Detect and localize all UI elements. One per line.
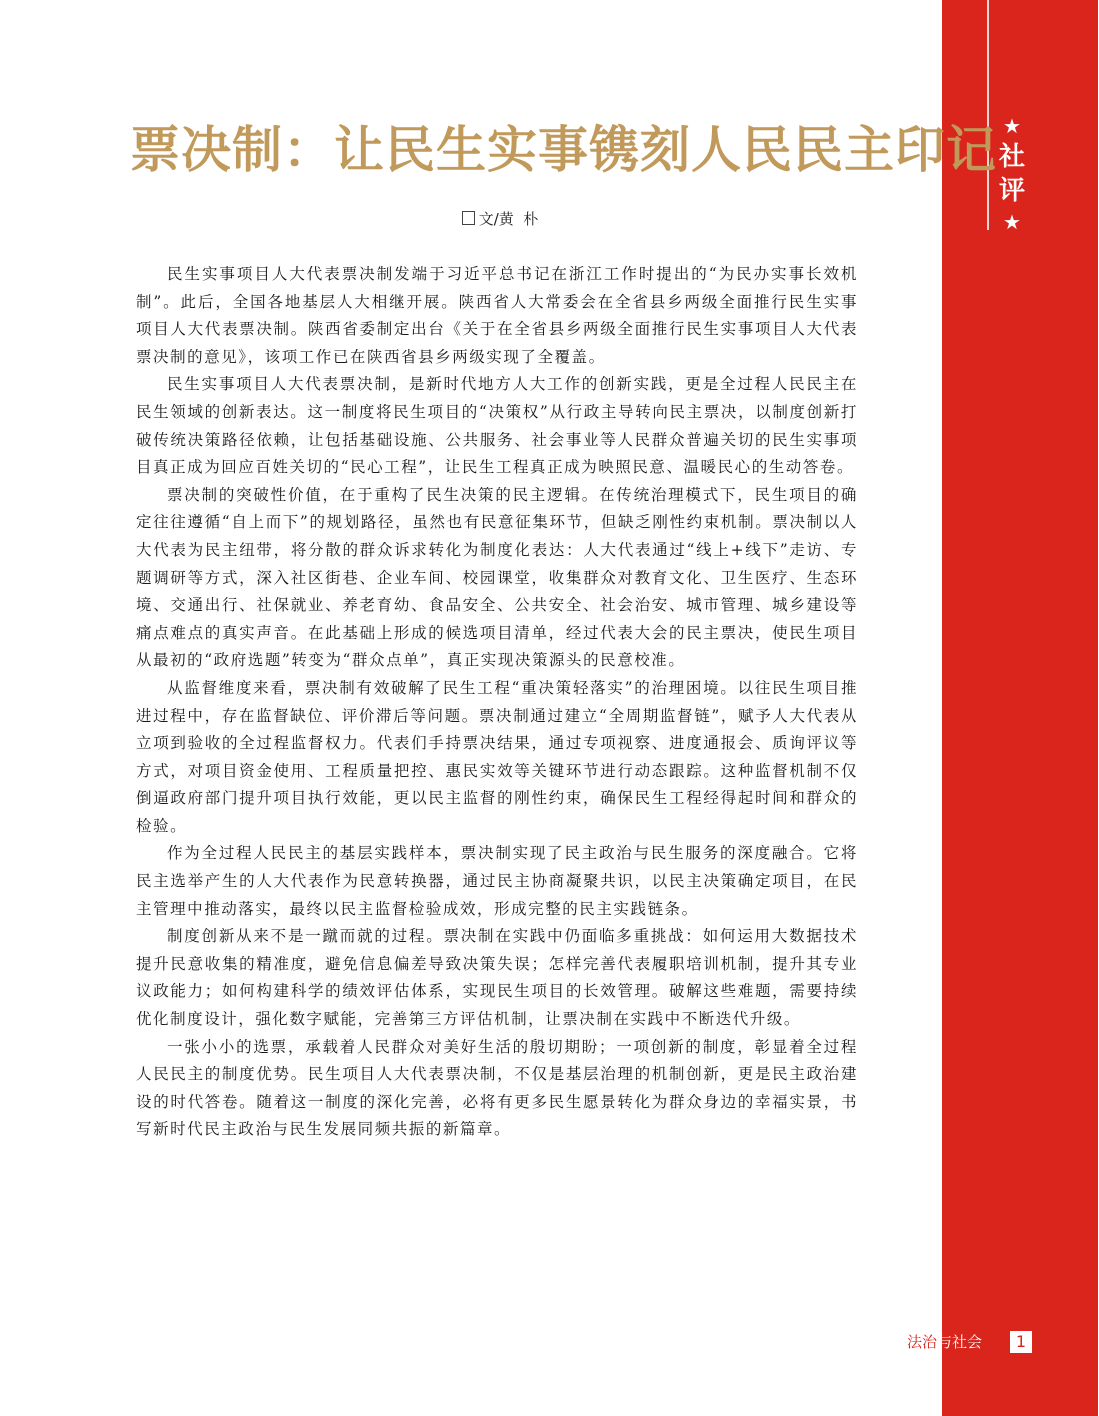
paragraph: 民生实事项目人大代表票决制发端于习近平总书记在浙江工作时提出的“为民办实事长效机… (136, 261, 858, 371)
byline: 文/黄 朴 (130, 209, 870, 229)
band-divider-line (987, 0, 989, 230)
author: 文/黄 朴 (479, 210, 539, 228)
publication-name-part: 法治 (907, 1333, 937, 1351)
paragraph: 民生实事项目人大代表票决制，是新时代地方人大工作的创新实践，更是全过程人民民主在… (136, 371, 858, 481)
article-title: 票决制：让民生实事镌刻人民民主印记 (130, 118, 870, 182)
section-label-char: 社 (992, 144, 1032, 170)
square-bullet-icon (462, 211, 475, 225)
section-band: ★ 社 评 ★ (942, 0, 1098, 1416)
publication-name-part: 与社会 (937, 1333, 982, 1351)
paragraph: 票决制的突破性价值，在于重构了民生决策的民主逻辑。在传统治理模式下，民生项目的确… (136, 482, 858, 675)
section-label-char: 评 (992, 178, 1032, 204)
page-number: 1 (1010, 1331, 1032, 1353)
publication-name: 法治与社会 (907, 1332, 982, 1352)
star-icon: ★ (992, 116, 1032, 136)
star-icon: ★ (992, 212, 1032, 232)
article-body: 民生实事项目人大代表票决制发端于习近平总书记在浙江工作时提出的“为民办实事长效机… (136, 261, 858, 1144)
paragraph: 作为全过程人民民主的基层实践样本，票决制实现了民主政治与民生服务的深度融合。它将… (136, 840, 858, 923)
paragraph: 从监督维度来看，票决制有效破解了民生工程“重决策轻落实”的治理困境。以往民生项目… (136, 675, 858, 841)
paragraph: 制度创新从来不是一蹴而就的过程。票决制在实践中仍面临多重挑战：如何运用大数据技术… (136, 923, 858, 1033)
paragraph: 一张小小的选票，承载着人民群众对美好生活的殷切期盼；一项创新的制度，彰显着全过程… (136, 1034, 858, 1144)
section-label: ★ 社 评 ★ (992, 112, 1032, 236)
